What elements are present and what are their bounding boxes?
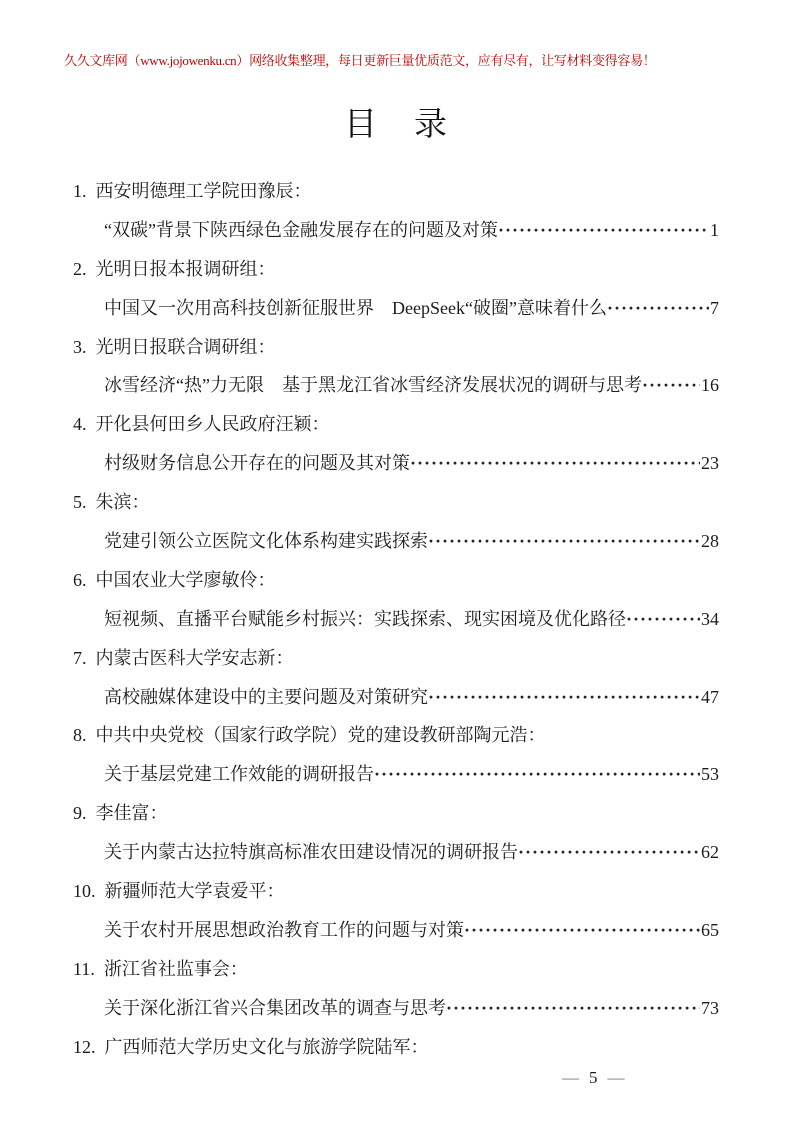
- toc-entry-page-number: 28: [701, 522, 719, 561]
- toc-entry-title: 党建引领公立医院文化体系构建实践探索: [104, 522, 428, 561]
- toc-entry-number: 2.: [73, 250, 87, 289]
- toc-entry: 7. 内蒙古医科大学安志新： 高校融媒体建设中的主要问题及对策研究 ······…: [0, 639, 793, 717]
- toc-entry: 4. 开化县何田乡人民政府汪颖： 村级财务信息公开存在的问题及其对策 ·····…: [0, 405, 793, 483]
- toc-entry-page-number: 62: [701, 833, 719, 872]
- toc-entry: 10. 新疆师范大学袁爱平： 关于农村开展思想政治教育工作的问题与对策 ····…: [0, 872, 793, 950]
- toc-entry-title-line: 关于农村开展思想政治教育工作的问题与对策 ···················…: [0, 911, 793, 950]
- toc-entry-author-line: 1. 西安明德理工学院田豫辰：: [0, 172, 793, 211]
- toc-entry-author-line: 4. 开化县何田乡人民政府汪颖：: [0, 405, 793, 444]
- toc-entry-number: 6.: [73, 561, 87, 600]
- toc-entry-number: 9.: [73, 794, 87, 833]
- document-page: 久久文库网（www.jojowenku.cn）网络收集整理，每日更新巨量优质范文…: [0, 0, 793, 1122]
- toc-entry-author-line: 8. 中共中央党校（国家行政学院）党的建设教研部陶元浩：: [0, 716, 793, 755]
- toc-entry-page-number: 65: [701, 911, 719, 950]
- toc-entry-page-number: 16: [701, 366, 719, 405]
- toc-entry-number: 4.: [73, 405, 87, 444]
- toc-entry-page-number: 47: [701, 678, 719, 717]
- toc-entry-title: 关于基层党建工作效能的调研报告: [104, 755, 374, 794]
- toc-entry-author: 光明日报本报调研组：: [96, 250, 276, 289]
- toc-entry-title-line: 短视频、直播平台赋能乡村振兴：实践探索、现实困境及优化路径 ··········…: [0, 600, 793, 639]
- dot-leader: ········································…: [410, 444, 700, 483]
- toc-entry-page-number: 34: [701, 600, 719, 639]
- toc-entry-page-number: 53: [701, 755, 719, 794]
- toc-entry: 12. 广西师范大学历史文化与旅游学院陆军：: [0, 1028, 793, 1067]
- toc-entry-title: 高校融媒体建设中的主要问题及对策研究: [104, 678, 428, 717]
- toc-entry: 11. 浙江省社监事会： 关于深化浙江省兴合集团改革的调查与思考 ·······…: [0, 950, 793, 1028]
- dot-leader: ········································…: [446, 989, 700, 1028]
- dot-leader: ········································…: [428, 522, 700, 561]
- toc-entry-author-line: 11. 浙江省社监事会：: [0, 950, 793, 989]
- toc-entry-title: 短视频、直播平台赋能乡村振兴：实践探索、现实困境及优化路径: [104, 600, 626, 639]
- toc-entry-author: 新疆师范大学袁爱平：: [105, 872, 285, 911]
- toc-entry-title-line: “双碳”背景下陕西绿色金融发展存在的问题及对策 ················…: [0, 211, 793, 250]
- toc-entry: 8. 中共中央党校（国家行政学院）党的建设教研部陶元浩： 关于基层党建工作效能的…: [0, 716, 793, 794]
- toc-entry-author: 李佳富：: [96, 794, 168, 833]
- toc-entry-title: 冰雪经济“热”力无限 基于黑龙江省冰雪经济发展状况的调研与思考: [104, 366, 642, 405]
- toc-entry-title-line: 关于深化浙江省兴合集团改革的调查与思考 ····················…: [0, 989, 793, 1028]
- toc-entry-author: 中国农业大学廖敏伶：: [96, 561, 276, 600]
- toc-entry-author: 中共中央党校（国家行政学院）党的建设教研部陶元浩：: [96, 716, 546, 755]
- toc-entry-number: 1.: [73, 172, 87, 211]
- toc-entry-title: 中国又一次用高科技创新征服世界 DeepSeek“破圈”意味着什么: [104, 289, 607, 328]
- toc-entry-title-line: 关于内蒙古达拉特旗高标准农田建设情况的调研报告 ················…: [0, 833, 793, 872]
- dot-leader: ········································…: [428, 678, 700, 717]
- toc-entry-author-line: 6. 中国农业大学廖敏伶：: [0, 561, 793, 600]
- toc-entry-author-line: 10. 新疆师范大学袁爱平：: [0, 872, 793, 911]
- page-title: 目 录: [0, 98, 793, 145]
- toc-entry-title: 关于农村开展思想政治教育工作的问题与对策: [104, 911, 464, 950]
- toc-entry-number: 5.: [73, 483, 87, 522]
- toc-entry-title-line: 党建引领公立医院文化体系构建实践探索 ·····················…: [0, 522, 793, 561]
- toc-entry: 9. 李佳富： 关于内蒙古达拉特旗高标准农田建设情况的调研报告 ········…: [0, 794, 793, 872]
- toc-entry-title: 关于内蒙古达拉特旗高标准农田建设情况的调研报告: [104, 833, 518, 872]
- toc-entry: 5. 朱滨： 党建引领公立医院文化体系构建实践探索 ··············…: [0, 483, 793, 561]
- toc-entry-number: 11.: [73, 950, 95, 989]
- toc-entry-number: 3.: [73, 328, 87, 367]
- toc-entry-author-line: 3. 光明日报联合调研组：: [0, 328, 793, 367]
- toc-entry-number: 7.: [73, 639, 87, 678]
- dot-leader: ········································…: [498, 211, 709, 250]
- toc-entry-author-line: 9. 李佳富：: [0, 794, 793, 833]
- toc-entry-title-line: 关于基层党建工作效能的调研报告 ························…: [0, 755, 793, 794]
- toc-entry-title-line: 高校融媒体建设中的主要问题及对策研究 ·····················…: [0, 678, 793, 717]
- toc-entry-author: 光明日报联合调研组：: [96, 328, 276, 367]
- toc-entry-author-line: 7. 内蒙古医科大学安志新：: [0, 639, 793, 678]
- toc-entry-page-number: 1: [710, 211, 719, 250]
- footer-left-dash: —: [552, 1068, 589, 1087]
- toc-entry-author: 西安明德理工学院田豫辰：: [96, 172, 312, 211]
- toc-entry-number: 12.: [73, 1028, 96, 1067]
- toc-entry-author: 内蒙古医科大学安志新：: [96, 639, 294, 678]
- dot-leader: ········································…: [518, 833, 700, 872]
- toc-entry-title-line: 村级财务信息公开存在的问题及其对策 ······················…: [0, 444, 793, 483]
- toc-entry-author-line: 2. 光明日报本报调研组：: [0, 250, 793, 289]
- toc-entry: 6. 中国农业大学廖敏伶： 短视频、直播平台赋能乡村振兴：实践探索、现实困境及优…: [0, 561, 793, 639]
- toc-entry-page-number: 23: [701, 444, 719, 483]
- toc-entry-author-line: 12. 广西师范大学历史文化与旅游学院陆军：: [0, 1028, 793, 1067]
- dot-leader: ········································…: [464, 911, 700, 950]
- dot-leader: ········································…: [626, 600, 700, 639]
- toc-entry-page-number: 7: [710, 289, 719, 328]
- toc-entry-title-line: 中国又一次用高科技创新征服世界 DeepSeek“破圈”意味着什么 ······…: [0, 289, 793, 328]
- site-notice: 久久文库网（www.jojowenku.cn）网络收集整理，每日更新巨量优质范文…: [64, 52, 732, 70]
- toc-entry-title-line: 冰雪经济“热”力无限 基于黑龙江省冰雪经济发展状况的调研与思考 ········…: [0, 366, 793, 405]
- toc-entry: 1. 西安明德理工学院田豫辰： “双碳”背景下陕西绿色金融发展存在的问题及对策 …: [0, 172, 793, 250]
- toc-entry-title: 关于深化浙江省兴合集团改革的调查与思考: [104, 989, 446, 1028]
- dot-leader: ········································…: [607, 289, 709, 328]
- toc-entry-author: 浙江省社监事会：: [104, 950, 248, 989]
- toc-entry: 2. 光明日报本报调研组： 中国又一次用高科技创新征服世界 DeepSeek“破…: [0, 250, 793, 328]
- toc-list: 1. 西安明德理工学院田豫辰： “双碳”背景下陕西绿色金融发展存在的问题及对策 …: [0, 172, 793, 1066]
- toc-entry-page-number: 73: [701, 989, 719, 1028]
- page-footer: —5—: [552, 1066, 635, 1090]
- toc-entry-author: 开化县何田乡人民政府汪颖：: [96, 405, 330, 444]
- footer-page-number: 5: [589, 1068, 598, 1087]
- toc-entry: 3. 光明日报联合调研组： 冰雪经济“热”力无限 基于黑龙江省冰雪经济发展状况的…: [0, 328, 793, 406]
- toc-entry-number: 8.: [73, 716, 87, 755]
- dot-leader: ········································…: [642, 366, 700, 405]
- dot-leader: ········································…: [374, 755, 700, 794]
- toc-entry-title: 村级财务信息公开存在的问题及其对策: [104, 444, 410, 483]
- toc-entry-title: “双碳”背景下陕西绿色金融发展存在的问题及对策: [104, 211, 498, 250]
- toc-entry-number: 10.: [73, 872, 96, 911]
- toc-entry-author-line: 5. 朱滨：: [0, 483, 793, 522]
- footer-right-dash: —: [598, 1068, 635, 1087]
- toc-entry-author: 朱滨：: [96, 483, 150, 522]
- toc-entry-author: 广西师范大学历史文化与旅游学院陆军：: [105, 1028, 429, 1067]
